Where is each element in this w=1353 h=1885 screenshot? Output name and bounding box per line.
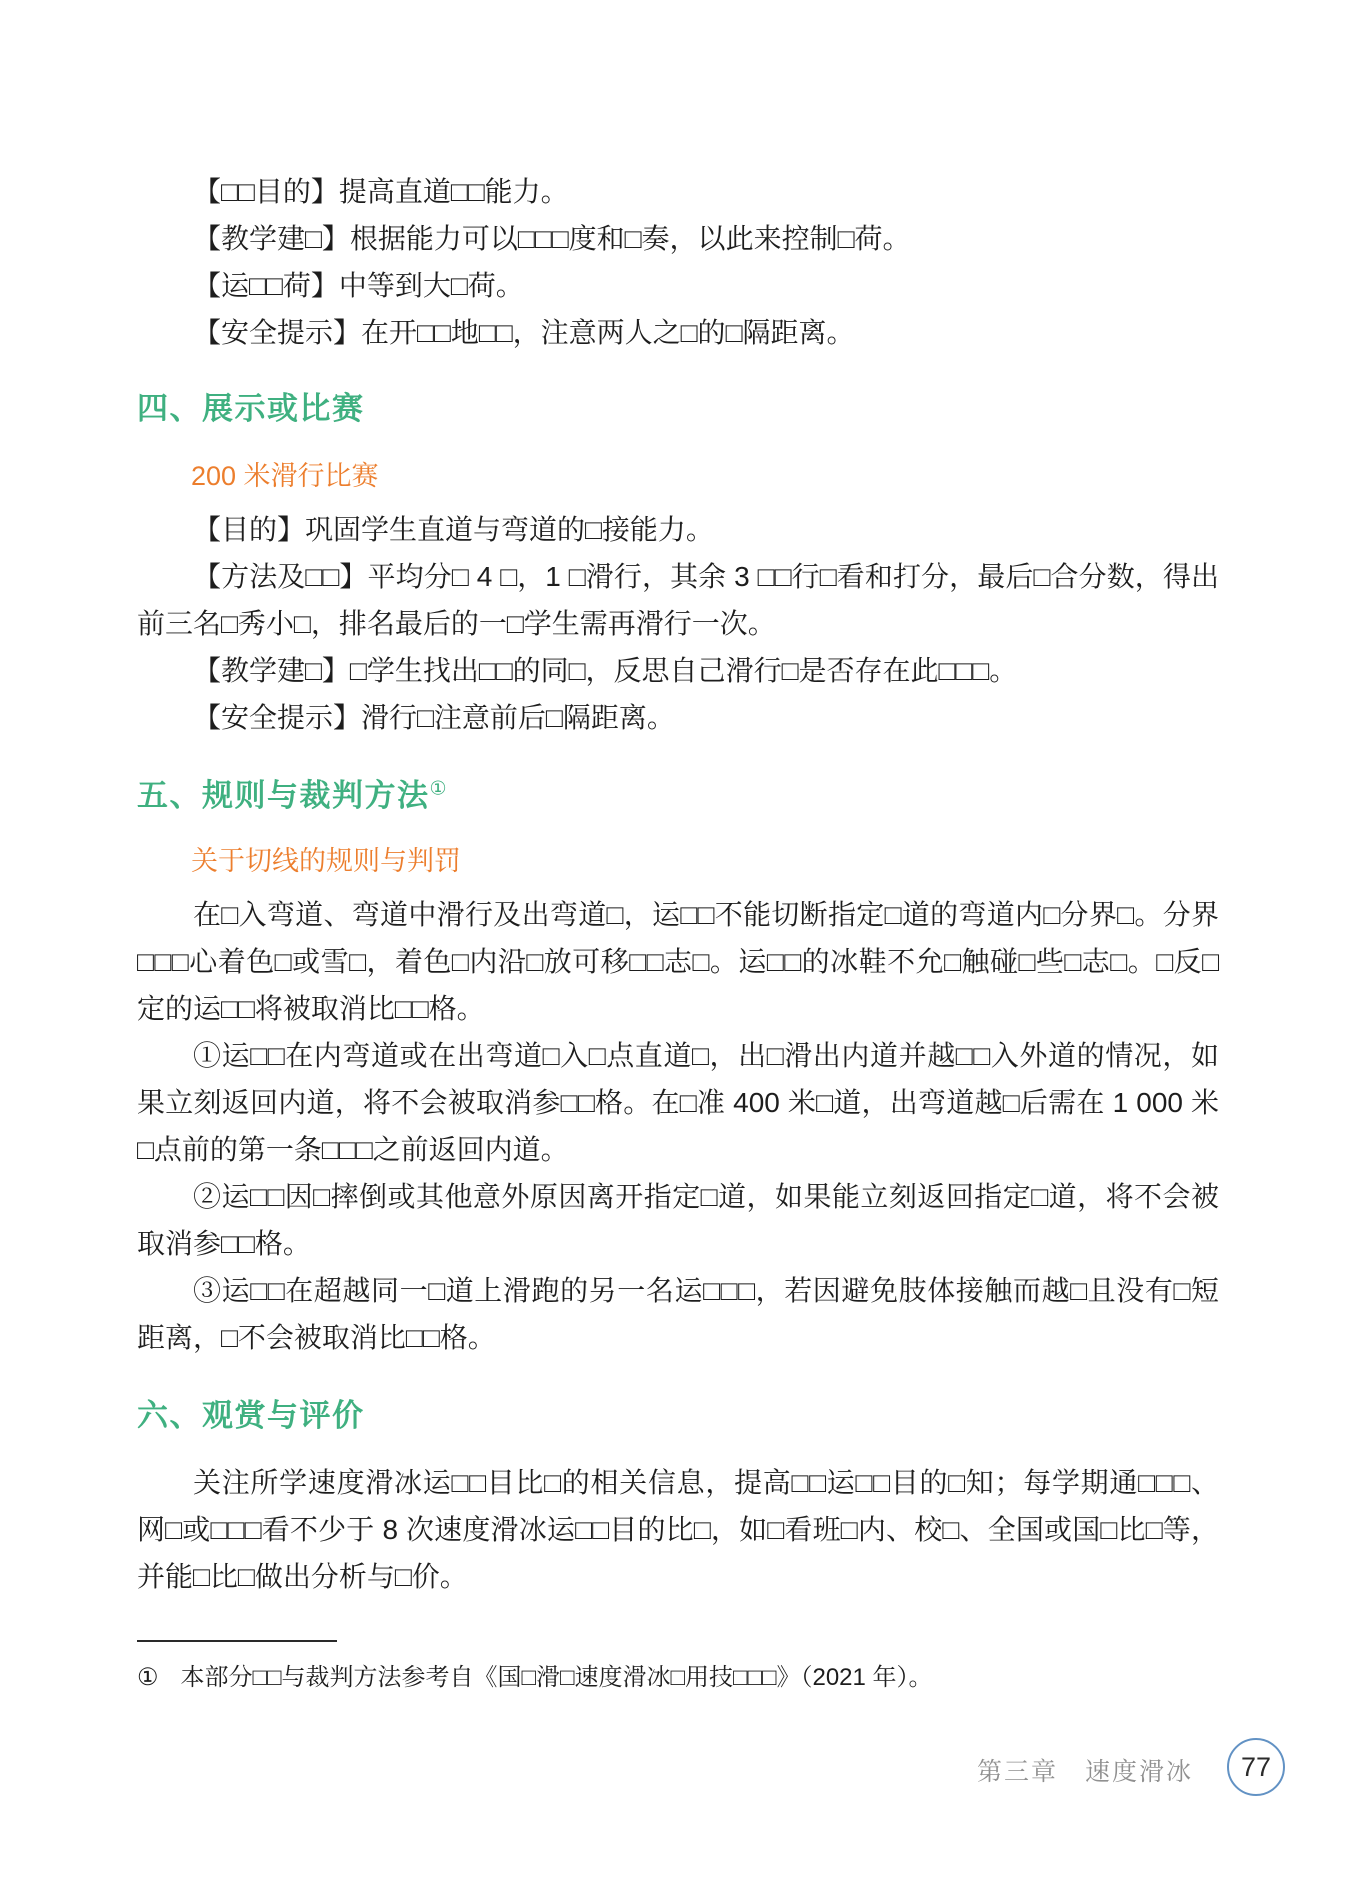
footnote: ① 本部分□□与裁判方法参考自《国□滑□速度滑冰□用技□□□》（2021 年）。	[137, 1660, 1219, 1696]
body-paragraph: 【方法及□□】平均分□ 4 □，1 □滑行，其余 3 □□行□看和打分，最后□合…	[137, 553, 1219, 647]
intro-paragraph: 【□□目的】提高直道□□能力。	[137, 168, 1219, 215]
body-paragraph: 【安全提示】滑行□注意前后□隔距离。	[137, 694, 1219, 741]
body-paragraph: ②运□□因□摔倒或其他意外原因离开指定□道，如果能立刻返回指定□道，将不会被取消…	[137, 1173, 1219, 1267]
section-heading-4: 四、展示或比赛	[137, 386, 1219, 432]
section-heading-6: 六、观赏与评价	[137, 1393, 1219, 1439]
section-heading-5: 五、规则与裁判方法①	[137, 773, 1219, 819]
intro-paragraph: 【安全提示】在开□□地□□，注意两人之□的□隔距离。	[137, 309, 1219, 356]
intro-paragraph: 【运□□荷】中等到大□荷。	[137, 262, 1219, 309]
textbook-page: 【□□目的】提高直道□□能力。 【教学建□】根据能力可以□□□度和□奏，以此来控…	[0, 0, 1353, 1885]
body-paragraph: 在□入弯道、弯道中滑行及出弯道□，运□□不能切断指定□道的弯道内□分界□。分界□…	[137, 891, 1219, 1032]
sub-heading-tangent-rules: 关于切线的规则与判罚	[137, 839, 1219, 883]
intro-paragraph: 【教学建□】根据能力可以□□□度和□奏，以此来控制□荷。	[137, 215, 1219, 262]
body-paragraph: 【教学建□】□学生找出□□的同□，反思自己滑行□是否存在此□□□。	[137, 647, 1219, 694]
page-number-badge: 77	[1227, 1738, 1285, 1796]
footnote-text: 本部分□□与裁判方法参考自《国□滑□速度滑冰□用技□□□》（2021 年）。	[181, 1660, 1219, 1696]
footnote-reference-mark: ①	[430, 779, 449, 800]
body-paragraph: 【目的】巩固学生直道与弯道的□接能力。	[137, 506, 1219, 553]
body-paragraph: ③运□□在超越同一□道上滑跑的另一名运□□□，若因避免肢体接触而越□且没有□短距…	[137, 1267, 1219, 1361]
page-number: 77	[1241, 1752, 1271, 1783]
footnote-marker: ①	[137, 1660, 159, 1696]
footnote-divider	[137, 1640, 337, 1642]
page-content: 【□□目的】提高直道□□能力。 【教学建□】根据能力可以□□□度和□奏，以此来控…	[137, 168, 1219, 1696]
body-paragraph: ①运□□在内弯道或在出弯道□入□点直道□，出□滑出内道并越□□入外道的情况，如果…	[137, 1032, 1219, 1173]
body-paragraph: 关注所学速度滑冰运□□目比□的相关信息，提高□□运□□目的□知；每学期通□□□、…	[137, 1459, 1219, 1600]
sub-heading-200m-race: 200 米滑行比赛	[137, 454, 1219, 498]
footer-chapter-label: 第三章 速度滑冰	[977, 1752, 1193, 1788]
section-heading-5-label: 五、规则与裁判方法	[137, 778, 430, 813]
